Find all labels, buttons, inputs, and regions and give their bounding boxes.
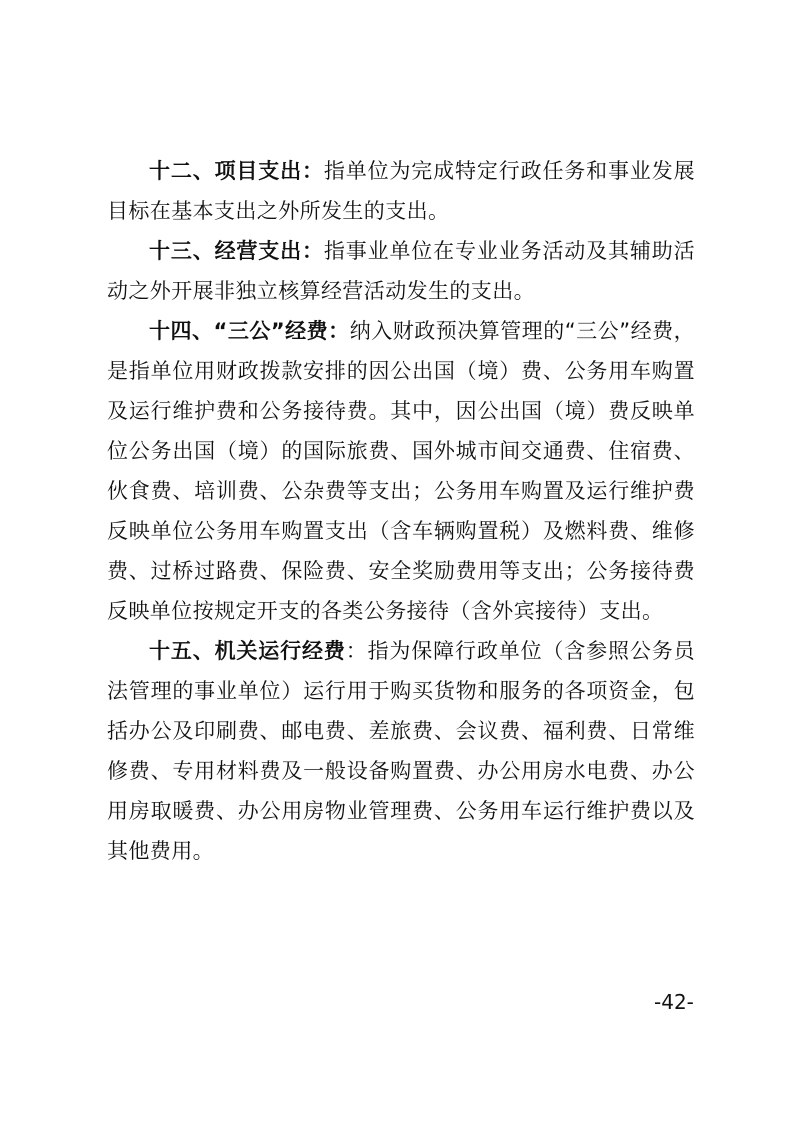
term-definition: ：指为保障行政单位（含参照公务员法管理的事业单位）运行用于购买货物和服务的各项资… (107, 639, 695, 863)
term-heading: 十三、经营支出： (149, 239, 324, 263)
term-heading: 十五、机关运行经费 (149, 639, 346, 663)
document-body: 十二、项目支出：指单位为完成特定行政任务和事业发展目标在基本支出之外所发生的支出… (107, 151, 695, 871)
paragraph-three-public-expenses: 十四、“三公”经费：纳入财政预决算管理的“三公”经费，是指单位用财政拨款安排的因… (107, 311, 695, 631)
paragraph-project-expenditure: 十二、项目支出：指单位为完成特定行政任务和事业发展目标在基本支出之外所发生的支出… (107, 151, 695, 231)
paragraph-agency-operating-funds: 十五、机关运行经费：指为保障行政单位（含参照公务员法管理的事业单位）运行用于购买… (107, 631, 695, 871)
page-number: -42- (654, 990, 694, 1014)
term-heading: 十二、项目支出： (149, 159, 324, 183)
term-heading: 十四、“三公”经费： (149, 319, 350, 343)
term-definition: 纳入财政预决算管理的“三公”经费，是指单位用财政拨款安排的因公出国（境）费、公务… (107, 319, 695, 623)
paragraph-operating-expenditure: 十三、经营支出：指事业单位在专业业务活动及其辅助活动之外开展非独立核算经营活动发… (107, 231, 695, 311)
document-page: 十二、项目支出：指单位为完成特定行政任务和事业发展目标在基本支出之外所发生的支出… (0, 0, 793, 1122)
